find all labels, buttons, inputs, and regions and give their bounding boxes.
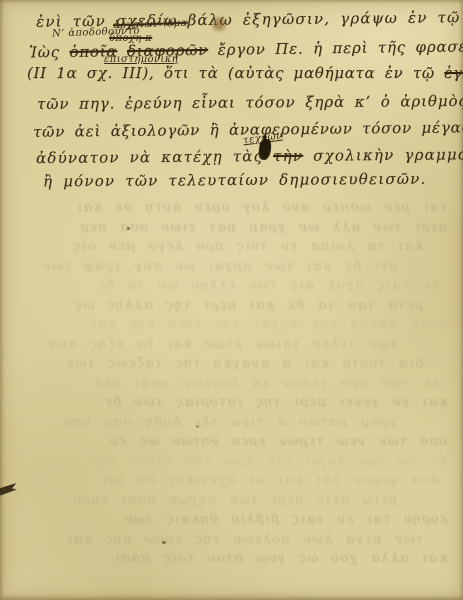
showthrough-line: και αλλα χου ως γνω στον τοις πασι (34, 551, 447, 571)
handwritten-text: ἢ μόνον τῶν τελευταίων δημοσιευθεισῶν. (43, 170, 427, 191)
showthrough-line: των μεγα λων πολεων της ευρω πης και (34, 532, 447, 552)
ink-showthrough: ται μεν ωσπερ ανο λογ ομεν αυτη σε καιπε… (34, 200, 447, 588)
showthrough-line: ται μεν ωσπερ ανο λογ ομεν αυτη σε και (34, 200, 447, 220)
showthrough-line: μετα ταυ τα δε και περι της αλλης ως (34, 298, 447, 318)
showthrough-line: γραμ ματων α τινα εξε δοθη σαν υπο (34, 415, 447, 435)
showthrough-line: ανα φερον ται και αι σχετικαι ση μει (34, 473, 447, 493)
showthrough-line: υπο των νεω τερων ερευ νητων ως εν (34, 434, 447, 454)
handwritten-text: τῶν πηγ. ἐρεύνη εἶναι τόσον ξηρὰ κ’ ὁ ἀρ… (37, 91, 463, 113)
showthrough-line: των τελευ ταιων ετων και τα εξης ανα (34, 337, 447, 357)
ink-speck (162, 541, 166, 544)
showthrough-line: εν ταις σχολ αις των ελλην ων τα δε (34, 278, 447, 298)
showthrough-line: οσον αφορα τας πηγας της ερευ νης και (34, 317, 447, 337)
showthrough-line: εκ των προ τερων εκ δοσεων οσαι περ (34, 376, 447, 396)
struck-text: ἐγκυκλοπαιδικῷ τόμῳ (444, 64, 463, 82)
ink-speck (127, 227, 130, 230)
showthrough-line: και εν γενει περι της ιστοριας των δε (34, 395, 447, 415)
showthrough-line: εν τω προ λογω του πρω του τομου και (34, 454, 447, 474)
handwritten-text: ἔργον Πε. ἡ περὶ τῆς φρασεολογίας τῶν Ἑλ… (208, 35, 463, 59)
showthrough-line: περι των αλλ ων γραμ ματ ειων οσα περ (34, 220, 447, 240)
handwritten-line: ἀδύνατον νὰ κατέχῃ τὰς τὴν σχολικὴν γραμ… (36, 145, 463, 167)
handwritten-line: ἢ μόνον τῶν τελευταίων δημοσιευθεισῶν. (43, 170, 427, 191)
ink-speck (196, 425, 199, 428)
showthrough-line: μειω σεις περι των πηγων οσαι ευρη (34, 493, 447, 513)
showthrough-line: οτι δε και των αρχαι ων συγ γραφ εων (34, 259, 447, 279)
ink-smudge-stain (211, 16, 227, 34)
showthrough-line: και τα λοιπα εν τοις προ λεγο μεν οις (34, 239, 447, 259)
interlinear-insertion: ἀρχαίων ἴδμα (113, 18, 188, 32)
showthrough-line: δια τουτο και η αναγκη της ταξεως των (34, 356, 447, 376)
handwritten-line: τῶν πηγ. ἐρεύνη εἶναι τόσον ξηρὰ κ’ ὁ ἀρ… (37, 91, 463, 113)
handwritten-text: σχολικὴν γραμματείαν (303, 145, 463, 165)
manuscript-page: ται μεν ωσπερ ανο λογ ομεν αυτη σε καιπε… (0, 0, 463, 600)
struck-text: τὴν (273, 147, 303, 165)
handwritten-text: (ΙΙ 1α σχ. ΙΙΙ), ὅτι τὰ (αὐτὰς μαθήματα … (27, 64, 444, 82)
interlinear-insertion: ἐπιστημονικὴ (104, 54, 178, 65)
handwritten-line: Ἰὼς ὁποῖα διαφορῶν ἔργον Πε. ἡ περὶ τῆς … (29, 35, 463, 62)
showthrough-line: ευρην ται εν ταις βιβλιο θηκαις των (34, 512, 447, 532)
handwritten-line: (ΙΙ 1α σχ. ΙΙΙ), ὅτι τὰ (αὐτὰς μαθήματα … (27, 64, 463, 82)
handwritten-text: ἀδύνατον νὰ κατέχῃ τὰς (36, 147, 273, 167)
handwritten-text: Ἰὼς (29, 43, 70, 62)
interlinear-insertion: ὕποχη κ (109, 33, 152, 44)
edge-ink-mark (0, 483, 18, 496)
